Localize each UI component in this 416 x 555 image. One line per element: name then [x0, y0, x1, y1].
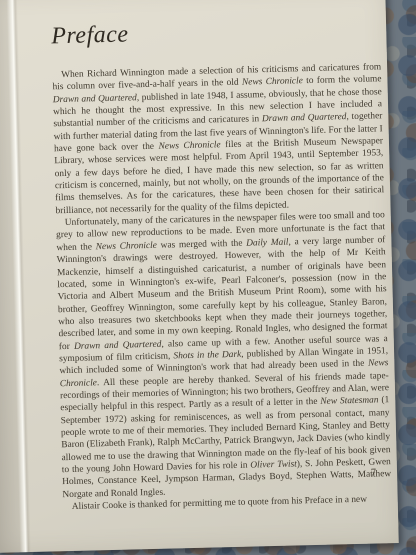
page-gutter-crease: [0, 0, 31, 553]
page-title: Preface: [51, 21, 129, 50]
book-page: Preface When Richard Winnington made a s…: [0, 0, 399, 553]
paragraph: When Richard Winnington made a selection…: [52, 61, 385, 217]
photo-background: Preface When Richard Winnington made a s…: [0, 0, 416, 555]
paragraph: Unfortunately, many of the caricatures i…: [56, 209, 392, 501]
preface-text: When Richard Winnington made a selection…: [52, 61, 392, 513]
